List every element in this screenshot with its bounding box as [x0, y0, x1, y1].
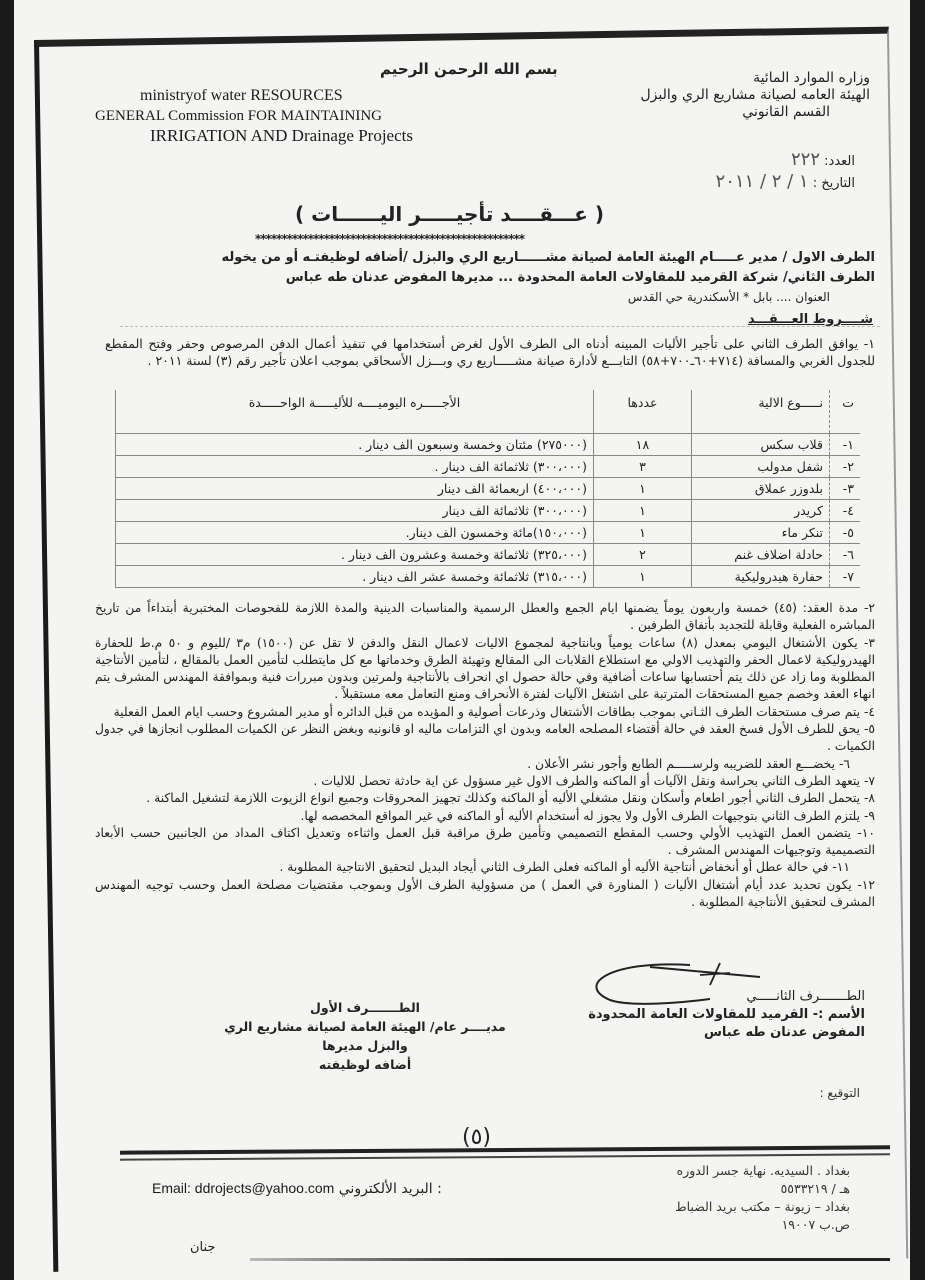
basmala: بسم الله الرحمن الرحيم	[380, 60, 558, 78]
machine-count: ١	[594, 566, 692, 588]
footer-address-line: بغداد . السيديه. نهاية جسر الدوره	[675, 1162, 850, 1180]
first-party: الطرف الاول / مدير عـــــام الهيئة العام…	[155, 248, 875, 268]
clause-3: ٣- يكون الأشتغال اليومي بمعدل (٨) ساعات …	[95, 635, 875, 704]
col-header-index: ت	[830, 390, 861, 434]
divider	[120, 326, 880, 327]
table-row: ٤- كريدر ١ (٣٠٠،٠٠٠) ثلاثمائة الف دينار	[116, 500, 861, 522]
projects-name-en: IRRIGATION AND Drainage Projects	[95, 126, 413, 146]
row-index: ٧-	[830, 566, 861, 588]
table-row: ٢- شفل مدولب ٣ (٣٠٠،٠٠٠) ثلاثمائة الف دي…	[116, 456, 861, 478]
signature-label: التوقيع :	[820, 1086, 860, 1100]
machine-count: ١٨	[594, 434, 692, 456]
second-party-label: الطـــــــرف الثانـــــي	[565, 988, 865, 1006]
footer-address: بغداد . السيديه. نهاية جسر الدوره هـ / ٥…	[675, 1162, 850, 1234]
daily-rate: (٣٠٠،٠٠٠) ثلاثمائة الف دينار .	[116, 456, 594, 478]
daily-rate: (٣١٥،٠٠٠) ثلاثمائة وخمسة عشر الف دينار .	[116, 566, 594, 588]
daily-rate: (٣٠٠،٠٠٠) ثلاثمائة الف دينار	[116, 500, 594, 522]
machine-count: ١	[594, 500, 692, 522]
clause-4: ٤- يتم صرف مستحقات الطرف الثـاني بموجب ب…	[95, 704, 875, 721]
date-label: التاريخ :	[813, 176, 855, 191]
date-value: ١ / ٢ / ٢٠١١	[716, 171, 809, 192]
clause-9: ٩- يلتزم الطرف الثاني بتوجيهات الطرف الأ…	[95, 808, 875, 825]
reference-box: العدد: ٢٢٢ التاريخ : ١ / ٢ / ٢٠١١	[716, 150, 855, 194]
machine-count: ١	[594, 478, 692, 500]
machine-type: شفل مدولب	[692, 456, 830, 478]
machine-count: ٣	[594, 456, 692, 478]
clause-1: ١- يوافق الطرف الثاني على تأجير الأليات …	[105, 335, 875, 369]
table-row: ٦- حادلة اضلاف غنم ٢ (٣٢٥،٠٠٠) ثلاثمائة …	[116, 544, 861, 566]
machine-type: حفارة هيدروليكية	[692, 566, 830, 588]
table-row: ٣- بلدوزر عملاق ١ (٤٠٠،٠٠٠) اربعمائة الف…	[116, 478, 861, 500]
clause-10: ١٠- يتضمن العمل التهذيب الأولي وحسب المق…	[95, 825, 875, 860]
machine-type: حادلة اضلاف غنم	[692, 544, 830, 566]
machine-type: كريدر	[692, 500, 830, 522]
clause-7: ٧- يتعهد الطرف الثاني بحراسة ونقل الآليا…	[95, 773, 875, 790]
machine-count: ٢	[594, 544, 692, 566]
contract-parties: الطرف الاول / مدير عـــــام الهيئة العام…	[155, 248, 875, 288]
row-index: ١-	[830, 434, 861, 456]
ministry-english-header: ministryof water RESOURCES GENERAL Commi…	[95, 86, 413, 146]
first-party-label: الطـــــــرف الأول	[215, 998, 515, 1017]
table-header-row: ت نـــــوع الالية عددها الأجـــــره اليو…	[116, 390, 861, 434]
page-number: (٥)	[462, 1125, 491, 1150]
daily-rate: (٤٠٠،٠٠٠) اربعمائة الف دينار	[116, 478, 594, 500]
daily-rate: (٣٢٥،٠٠٠) ثلاثمائة وخمسة وعشرون الف دينا…	[116, 544, 594, 566]
second-party-representative: المفوض عدنان طه عباس	[565, 1024, 865, 1042]
clause-2: ٢- مدة العقد: (٤٥) خمسة واربعون يوماً يض…	[95, 600, 875, 635]
row-index: ٣-	[830, 478, 861, 500]
ministry-name-ar: وزاره الموارد المائية	[640, 70, 870, 87]
ministry-name-en: ministryof water RESOURCES	[95, 86, 413, 106]
second-party-signature-block: الطـــــــرف الثانـــــي الأسم :- القرمي…	[565, 988, 865, 1042]
department-name-ar: القسم القانوني	[640, 104, 870, 121]
number-label: العدد:	[824, 154, 855, 169]
machinery-table: ت نـــــوع الالية عددها الأجـــــره اليو…	[115, 390, 860, 588]
machine-type: بلدوزر عملاق	[692, 478, 830, 500]
row-index: ٢-	[830, 456, 861, 478]
footer-po-box: ص.ب ١٩٠٠٧	[675, 1216, 850, 1234]
row-index: ٦-	[830, 544, 861, 566]
daily-rate: (٢٧٥٠٠٠) مئتان وخمسة وسبعون الف دينار .	[116, 434, 594, 456]
clause-5: ٥- يحق للطرف الأول فسخ العقد في حالة أقت…	[95, 721, 875, 756]
clause-11: ١١- في حالة عطل أو أنخفاض أنتاجية الأليه…	[95, 859, 875, 876]
bottom-rule	[250, 1258, 890, 1261]
number-value: ٢٢٢	[791, 149, 820, 170]
commission-name-ar: الهيئة العامه لصيانة مشاريع الري والبزل	[640, 87, 870, 104]
table-row: ١- قلاب سكس ١٨ (٢٧٥٠٠٠) مئتان وخمسة وسبع…	[116, 434, 861, 456]
terms-heading: شــــروط العـــقـــد	[748, 312, 873, 327]
contract-clauses: ٢- مدة العقد: (٤٥) خمسة واربعون يوماً يض…	[95, 600, 875, 911]
email-label: البريد الألكتروني :	[339, 1181, 442, 1197]
first-party-title: مديــــر عام/ الهيئة العامة لصيانة مشاري…	[215, 1017, 515, 1055]
address: العنوان .... بابل * الأسكندرية حي القدس	[628, 290, 830, 304]
footer-email: Email: ddrojects@yahoo.com البريد الألكت…	[152, 1180, 442, 1197]
typist-initials: جنان	[190, 1240, 215, 1255]
clause-6: ٦- يخضـــع العقد للضريبه ولرســـــم الطا…	[95, 756, 875, 773]
ministry-arabic-header: وزاره الموارد المائية الهيئة العامه لصيا…	[640, 70, 870, 121]
machine-type: تنكر ماء	[692, 522, 830, 544]
col-header-count: عددها	[594, 390, 692, 434]
machine-count: ١	[594, 522, 692, 544]
table-row: ٧- حفارة هيدروليكية ١ (٣١٥،٠٠٠) ثلاثمائة…	[116, 566, 861, 588]
email-address: Email: ddrojects@yahoo.com	[152, 1180, 334, 1196]
col-header-type: نـــــوع الالية	[692, 390, 830, 434]
footer-address-line: بغداد – زيونة – مكتب بريد الضباط	[675, 1198, 850, 1216]
document-title: ( عـــقــــد تأجيـــــر اليــــــات )	[295, 202, 604, 226]
first-party-note: أضافه لوظيفته	[215, 1055, 515, 1074]
second-party-name: الأسم :- القرميد للمقاولات العامة المحدو…	[565, 1006, 865, 1024]
commission-name-en: GENERAL Commission FOR MAINTAINING	[95, 106, 413, 126]
footer-phone: هـ / ٥٥٣٣٢١٩	[675, 1180, 850, 1198]
second-party: الطرف الثاني/ شركة القرميد للمقاولات الع…	[155, 268, 875, 288]
row-index: ٤-	[830, 500, 861, 522]
daily-rate: (١٥٠،٠٠٠)مائة وخمسون الف دينار.	[116, 522, 594, 544]
title-separator: ****************************************…	[255, 232, 524, 246]
clause-8: ٨- يتحمل الطرف الثاني أجور اطعام وأسكان …	[95, 790, 875, 807]
col-header-daily-rate: الأجـــــره اليوميــــه للأليـــــة الوا…	[116, 390, 594, 434]
machine-type: قلاب سكس	[692, 434, 830, 456]
table-row: ٥- تنكر ماء ١ (١٥٠،٠٠٠)مائة وخمسون الف د…	[116, 522, 861, 544]
first-party-signature-block: الطـــــــرف الأول مديــــر عام/ الهيئة …	[215, 998, 515, 1074]
clause-12: ١٢- يكون تحديد عدد أيام أشتغال الأليات (…	[95, 877, 875, 912]
row-index: ٥-	[830, 522, 861, 544]
